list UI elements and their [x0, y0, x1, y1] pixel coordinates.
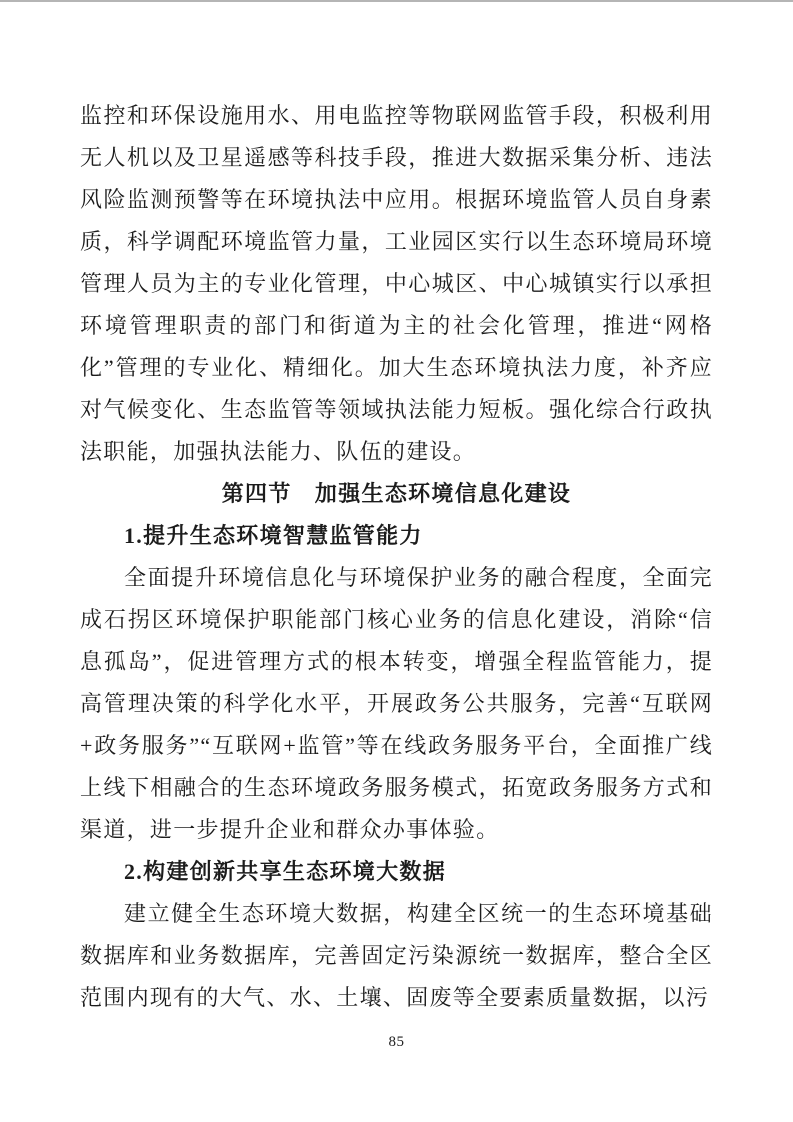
- section-heading: 第四节 加强生态环境信息化建设: [80, 473, 713, 515]
- paragraph-subsection-2: 建立健全生态环境大数据，构建全区统一的生态环境基础数据库和业务数据库，完善固定污…: [80, 893, 713, 1019]
- paragraph-subsection-1: 全面提升环境信息化与环境保护业务的融合程度，全面完成石拐区环境保护职能部门核心业…: [80, 557, 713, 851]
- subsection-2-heading: 2.构建创新共享生态环境大数据: [80, 851, 713, 893]
- document-text-block: 监控和环保设施用水、用电监控等物联网监管手段，积极利用无人机以及卫星遥感等科技手…: [80, 95, 713, 1019]
- paragraph-continued-from-previous-page: 监控和环保设施用水、用电监控等物联网监管手段，积极利用无人机以及卫星遥感等科技手…: [80, 95, 713, 473]
- page-number: 85: [0, 1033, 793, 1051]
- document-page: 监控和环保设施用水、用电监控等物联网监管手段，积极利用无人机以及卫星遥感等科技手…: [0, 0, 793, 1122]
- scan-edge-artifact: [0, 0, 793, 2]
- subsection-1-heading: 1.提升生态环境智慧监管能力: [80, 515, 713, 557]
